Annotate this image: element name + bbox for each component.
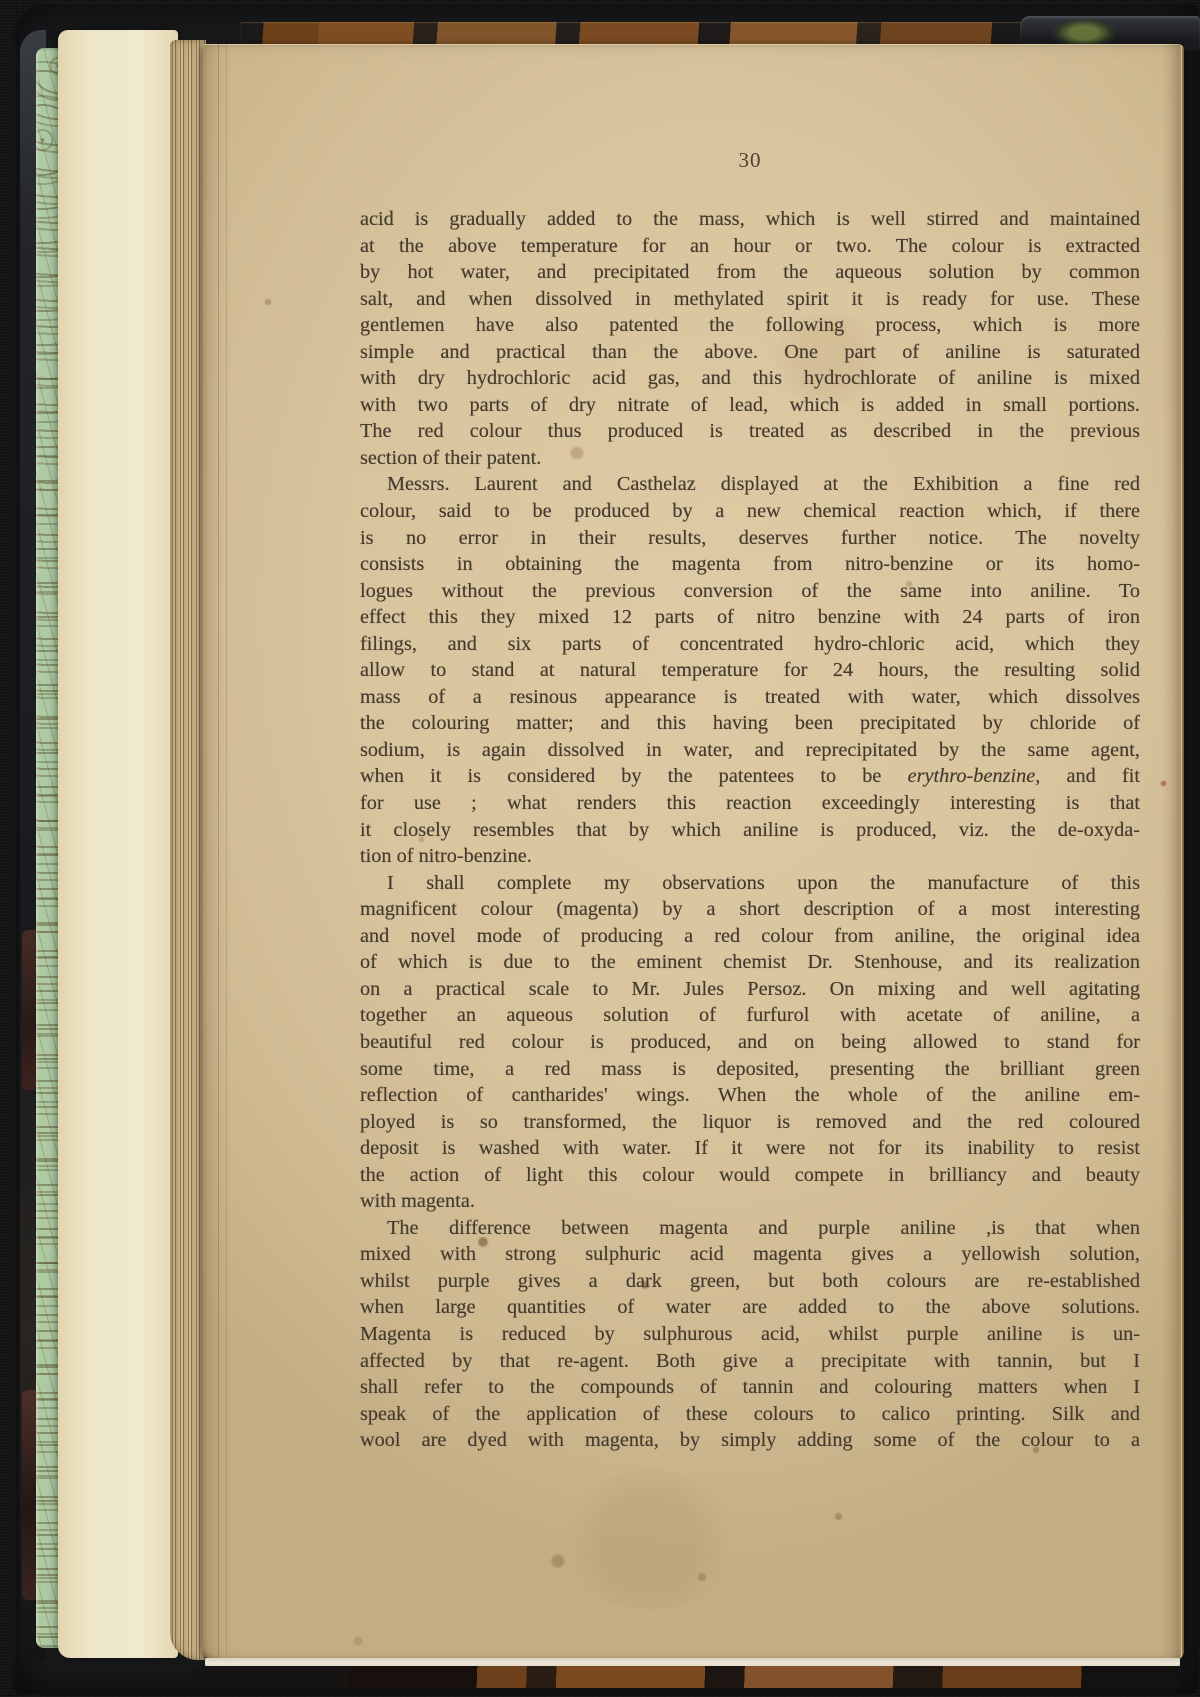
text-line: whilst purple gives a dark green, but bo…: [360, 1268, 1140, 1295]
text-line: mass of a resinous appearance is treated…: [360, 684, 1140, 711]
fox-spot: [352, 1636, 364, 1646]
text-line: magnificent colour (magenta) by a short …: [360, 896, 1140, 923]
text-line: it closely resembles that by which anili…: [360, 817, 1140, 844]
text-line: deposit is washed with water. If it were…: [360, 1135, 1140, 1162]
text-line: when large quantities of water are added…: [360, 1294, 1140, 1321]
text-line: I shall complete my observations upon th…: [360, 870, 1140, 897]
text-line: shall refer to the compounds of tannin a…: [360, 1374, 1140, 1401]
text-line: for use ; what renders this reaction exc…: [360, 790, 1140, 817]
book-photo: 30 acid is gradually added to the mass, …: [0, 0, 1200, 1697]
text-line: speak of the application of these colour…: [360, 1401, 1140, 1428]
page-stack-edges: [170, 40, 206, 1660]
page-number: 30: [360, 148, 1140, 173]
text-line: salt, and when dissolved in methylated s…: [360, 286, 1140, 313]
text-line: effect this they mixed 12 parts of nitro…: [360, 604, 1140, 631]
text-line: mixed with strong sulphuric acid magenta…: [360, 1241, 1140, 1268]
text-line: acid is gradually added to the mass, whi…: [360, 206, 1140, 233]
text-line: the colouring matter; and this having be…: [360, 710, 1140, 737]
text-line: is no error in their results, deserves f…: [360, 525, 1140, 552]
text-line: colour, said to be produced by a new che…: [360, 498, 1140, 525]
text-line: logues without the previous conversion o…: [360, 578, 1140, 605]
fox-spot: [697, 1572, 707, 1582]
text-line: Magenta is reduced by sulphurous acid, w…: [360, 1321, 1140, 1348]
stain: [560, 1470, 740, 1610]
text-line: together an aqueous solution of furfurol…: [360, 1002, 1140, 1029]
text-line: some time, a red mass is deposited, pres…: [360, 1056, 1140, 1083]
text-line: and novel mode of producing a red colour…: [360, 923, 1140, 950]
text-line: affected by that re-agent. Both give a p…: [360, 1348, 1140, 1375]
text-line: The difference between magenta and purpl…: [360, 1215, 1140, 1242]
text-line: the action of light this colour would co…: [360, 1162, 1140, 1189]
text-line: simple and practical than the above. One…: [360, 339, 1140, 366]
fox-spot: [264, 298, 272, 306]
text-line: allow to stand at natural temperature fo…: [360, 657, 1140, 684]
text-line: of which is due to the eminent chemist D…: [360, 949, 1140, 976]
fox-spot: [550, 1553, 566, 1569]
text-line: by hot water, and precipitated from the …: [360, 259, 1140, 286]
text-line: on a practical scale to Mr. Jules Persoz…: [360, 976, 1140, 1003]
text-line: wool are dyed with magenta, by simply ad…: [360, 1427, 1140, 1454]
text-line: sodium, is again dissolved in water, and…: [360, 737, 1140, 764]
text-line: with dry hydrochloric acid gas, and this…: [360, 365, 1140, 392]
text-block: acid is gradually added to the mass, whi…: [360, 206, 1140, 1454]
text-line: The red colour thus produced is treated …: [360, 418, 1140, 445]
text-line: gentlemen have also patented the followi…: [360, 312, 1140, 339]
text-line: filings, and six parts of concentrated h…: [360, 631, 1140, 658]
page-fore-edge: [1162, 44, 1184, 1662]
text-line: when it is considered by the patentees t…: [360, 763, 1140, 790]
text-line: with magenta.: [360, 1188, 1140, 1215]
text-line: tion of nitro-benzine.: [360, 843, 1140, 870]
text-line: ployed is so transformed, the liquor is …: [360, 1109, 1140, 1136]
text-line: beautiful red colour is produced, and on…: [360, 1029, 1140, 1056]
text-line: section of their patent.: [360, 445, 1140, 472]
text-line: Messrs. Laurent and Casthelaz displayed …: [360, 471, 1140, 498]
text-line: consists in obtaining the magenta from n…: [360, 551, 1140, 578]
text-line: reflection of cantharides' wings. When t…: [360, 1082, 1140, 1109]
fox-spot: [834, 1512, 843, 1521]
facing-page-edge: [58, 30, 178, 1658]
bottom-marbled-board-edge: [190, 1666, 1180, 1688]
text-line: at the above temperature for an hour or …: [360, 233, 1140, 260]
text-line: with two parts of dry nitrate of lead, w…: [360, 392, 1140, 419]
